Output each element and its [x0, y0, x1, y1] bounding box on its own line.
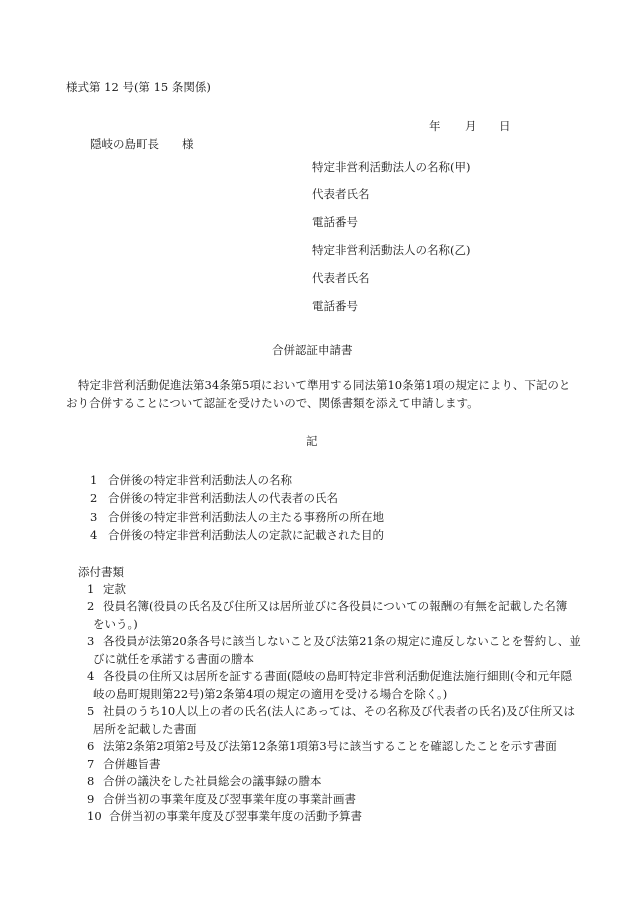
applicant-b-name: 特定非営利活動法人の名称(乙) [312, 243, 470, 257]
attachment-item: 6法第2条第2項第2号及び法第12条第1項第3号に該当することを確認したことを示… [87, 739, 557, 753]
attachment-item: 4各役員の住所又は居所を証する書面(隠岐の島町特定非営利活動促進法施行細則(令和… [87, 669, 572, 683]
attachment-item-continuation: 居所を記載した書面 [93, 722, 197, 736]
attachment-item: 3各役員が法第20条各号に該当しないこと及び法第21条の規定に違反しないことを誓… [87, 634, 581, 648]
form-number: 様式第 12 号(第 15 条関係) [66, 80, 211, 94]
ki-heading: 記 [306, 434, 318, 448]
applicant-a-representative: 代表者氏名 [312, 187, 370, 201]
attachment-item: 1定款 [87, 582, 126, 596]
body-line-2: おり合併することについて認証を受けたいので、関係書類を添えて申請します。 [66, 396, 479, 410]
list-item: 3合併後の特定非営利活動法人の主たる事務所の所在地 [90, 510, 384, 524]
attachment-item: 7合併趣旨書 [87, 757, 161, 771]
attachment-item-continuation: をいう。) [93, 617, 138, 631]
attachment-item: 8合併の議決をした社員総会の議事録の謄本 [87, 774, 322, 788]
date-day: 日 [499, 119, 511, 133]
attachment-item-continuation: びに就任を承諾する書面の謄本 [93, 652, 254, 666]
body-line-1: 特定非営利活動促進法第34条第5項において準用する同法第10条第1項の規定により… [78, 378, 570, 392]
addressee-name: 隠岐の島町長 [90, 137, 159, 151]
applicant-a-name: 特定非営利活動法人の名称(甲) [312, 160, 470, 174]
list-item: 1合併後の特定非営利活動法人の名称 [90, 473, 292, 487]
attachment-item: 2役員名簿(役員の氏名及び住所又は居所並びに各役員についての報酬の有無を記載した… [87, 599, 567, 613]
applicant-b-representative: 代表者氏名 [312, 271, 370, 285]
applicant-b-phone: 電話番号 [312, 299, 358, 313]
applicant-a-phone: 電話番号 [312, 215, 358, 229]
attachment-item-continuation: 岐の島町規則第22号)第2条第4項の規定の適用を受ける場合を除く。) [93, 687, 447, 701]
document-title: 合併認証申請書 [272, 343, 353, 357]
addressee-honorific: 様 [182, 137, 194, 151]
list-item: 4合併後の特定非営利活動法人の定款に記載された目的 [90, 528, 384, 542]
attachment-item: 5社員のうち10人以上の者の氏名(法人にあっては、その名称及び代表者の氏名)及び… [87, 704, 575, 718]
attachments-heading: 添付書類 [78, 565, 124, 579]
attachment-item: 10合併当初の事業年度及び翌事業年度の活動予算書 [87, 809, 362, 823]
date-month: 月 [465, 119, 477, 133]
list-item: 2合併後の特定非営利活動法人の代表者の氏名 [90, 491, 338, 505]
date-year: 年 [429, 119, 441, 133]
attachment-item: 9合併当初の事業年度及び翌事業年度の事業計画書 [87, 792, 356, 806]
